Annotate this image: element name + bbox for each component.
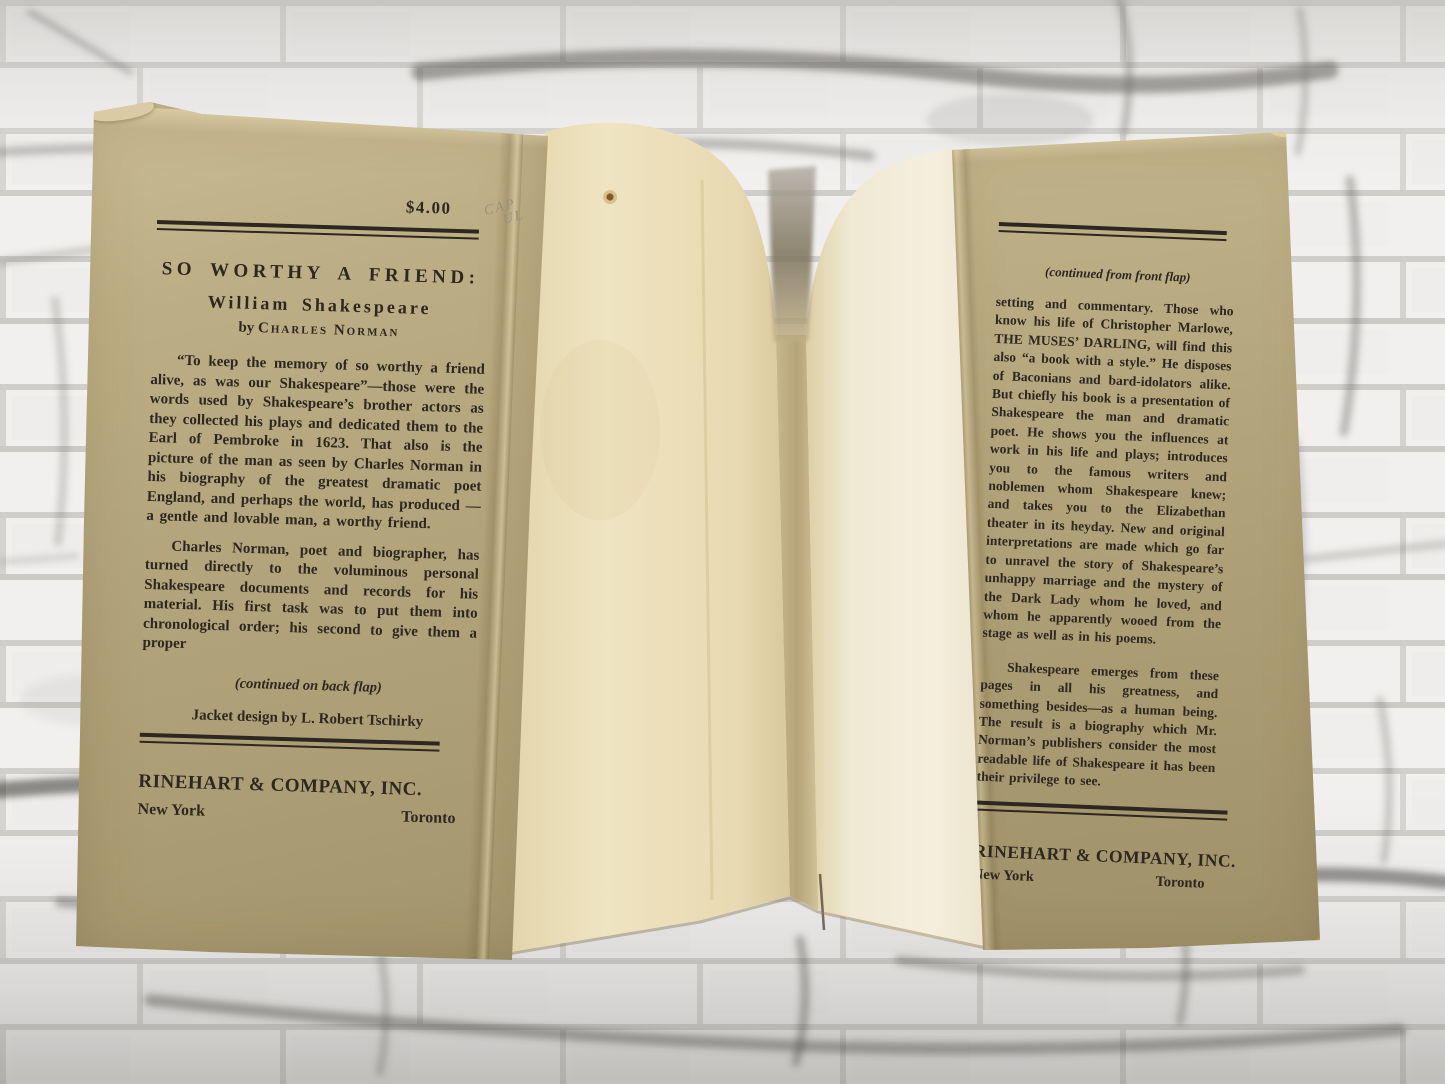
price-row: $4.00 CAP UL [155,190,489,220]
pencil-annotation: CAP UL [483,196,526,231]
byline-prefix: by [238,320,258,337]
publisher-name: RINEHART & COMPANY, INC. [973,840,1212,871]
publisher-city-right: Toronto [401,808,456,828]
byline-author: Charles Norman [258,320,400,340]
flap-paragraph-2: Shakespeare emerges from these pages in … [976,657,1219,795]
double-rule-bottom [140,732,440,751]
photo-open-book-on-brick-wall: $4.00 CAP UL SO WORTHY A FRIEND: William… [0,0,1445,1084]
double-rule-top [157,220,479,240]
price: $4.00 [406,197,452,217]
flap-paragraph-2: Charles Norman, poet and biographer, has… [142,536,479,663]
publisher-city-right: Toronto [1155,873,1205,892]
flap-paragraph-1: “To keep the memory of so worthy a frien… [146,351,485,536]
continued-note: (continued from front flap) [997,262,1235,288]
front-flap: $4.00 CAP UL SO WORTHY A FRIEND: William… [70,98,552,970]
foxing-spot-core [606,193,613,200]
publisher-city-left: New York [137,800,205,820]
double-rule-bottom [975,800,1227,820]
flap-byline: by Charles Norman [152,317,486,344]
double-rule-top [999,222,1227,241]
publisher-cities: New York Toronto [972,866,1210,893]
continued-note: (continued on back flap) [141,672,475,699]
flap-subtitle: William Shakespeare [152,290,486,321]
page-stain [540,340,660,520]
left-page [506,123,790,954]
jacket-design-credit: Jacket design by L. Robert Tschirky [140,705,474,732]
publisher-city-left: New York [972,866,1034,885]
back-flap-text: (continued from front flap) setting and … [972,222,1236,893]
front-flap-text: $4.00 CAP UL SO WORTHY A FRIEND: William… [137,190,489,828]
flap-title: SO WORTHY A FRIEND: [153,258,488,290]
back-flap: (continued from front flap) setting and … [933,114,1335,974]
flap-paragraph-1: setting and commentary. Those who know h… [982,293,1234,652]
publisher-name: RINEHART & COMPANY, INC. [138,770,473,802]
publisher-cities: New York Toronto [137,800,471,828]
spine-gap [768,166,816,342]
